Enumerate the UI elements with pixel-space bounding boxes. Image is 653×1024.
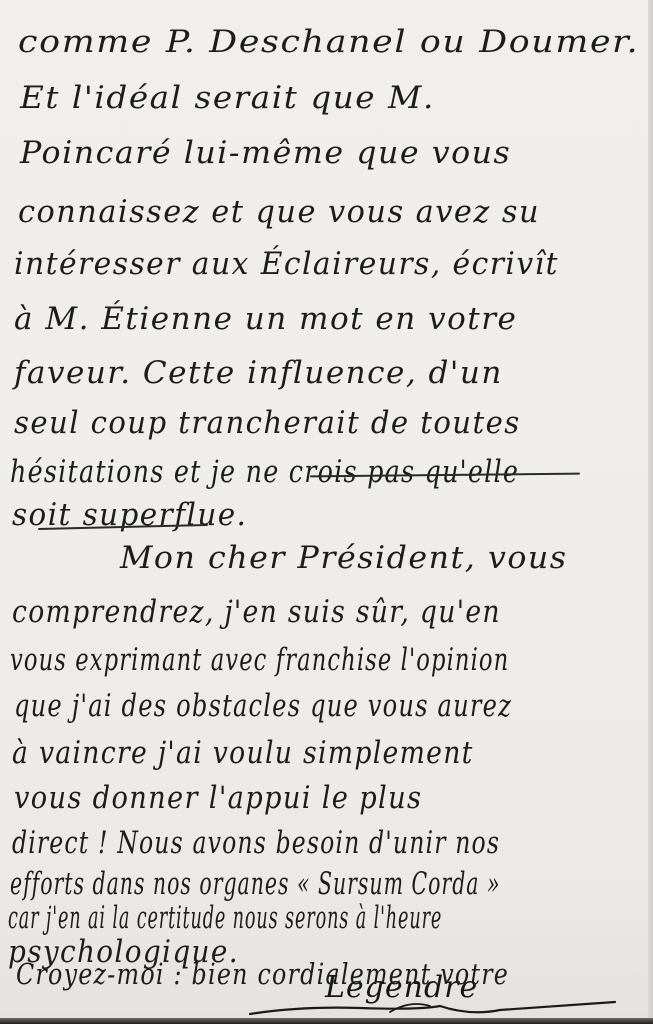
- page-edge-bottom: [0, 1018, 653, 1024]
- letter-body: comme P. Deschanel ou Doumer. Et l'idéal…: [0, 0, 653, 1024]
- letter-line: comme P. Deschanel ou Doumer.: [18, 22, 639, 62]
- letter-line: intéresser aux Éclaireurs, écrivît: [14, 244, 559, 284]
- letter-line: comprendrez, j'en suis sûr, qu'en: [12, 592, 501, 632]
- letter-line: connaissez et que vous avez su: [18, 192, 540, 232]
- page-edge-right: [648, 0, 653, 1024]
- letter-line: faveur. Cette influence, d'un: [14, 353, 503, 393]
- letter-line: seul coup trancherait de toutes: [14, 403, 521, 443]
- letter-line: Et l'idéal serait que M.: [20, 78, 435, 118]
- letter-page: comme P. Deschanel ou Doumer. Et l'idéal…: [0, 0, 653, 1024]
- letter-line: Poincaré lui-même que vous: [20, 133, 511, 173]
- letter-line: hésitations et je ne crois pas qu'elle: [10, 452, 519, 492]
- letter-line: à M. Étienne un mot en votre: [14, 299, 517, 339]
- letter-line: direct ! Nous avons besoin d'unir nos: [12, 823, 500, 863]
- letter-line: Mon cher Président, vous: [120, 538, 568, 578]
- letter-line: vous exprimant avec franchise l'opinion: [10, 640, 509, 680]
- letter-line: à vaincre j'ai voulu simplement: [12, 733, 474, 773]
- letter-line: que j'ai des obstacles que vous aurez: [14, 686, 512, 726]
- letter-line: vous donner l'appui le plus: [14, 778, 422, 818]
